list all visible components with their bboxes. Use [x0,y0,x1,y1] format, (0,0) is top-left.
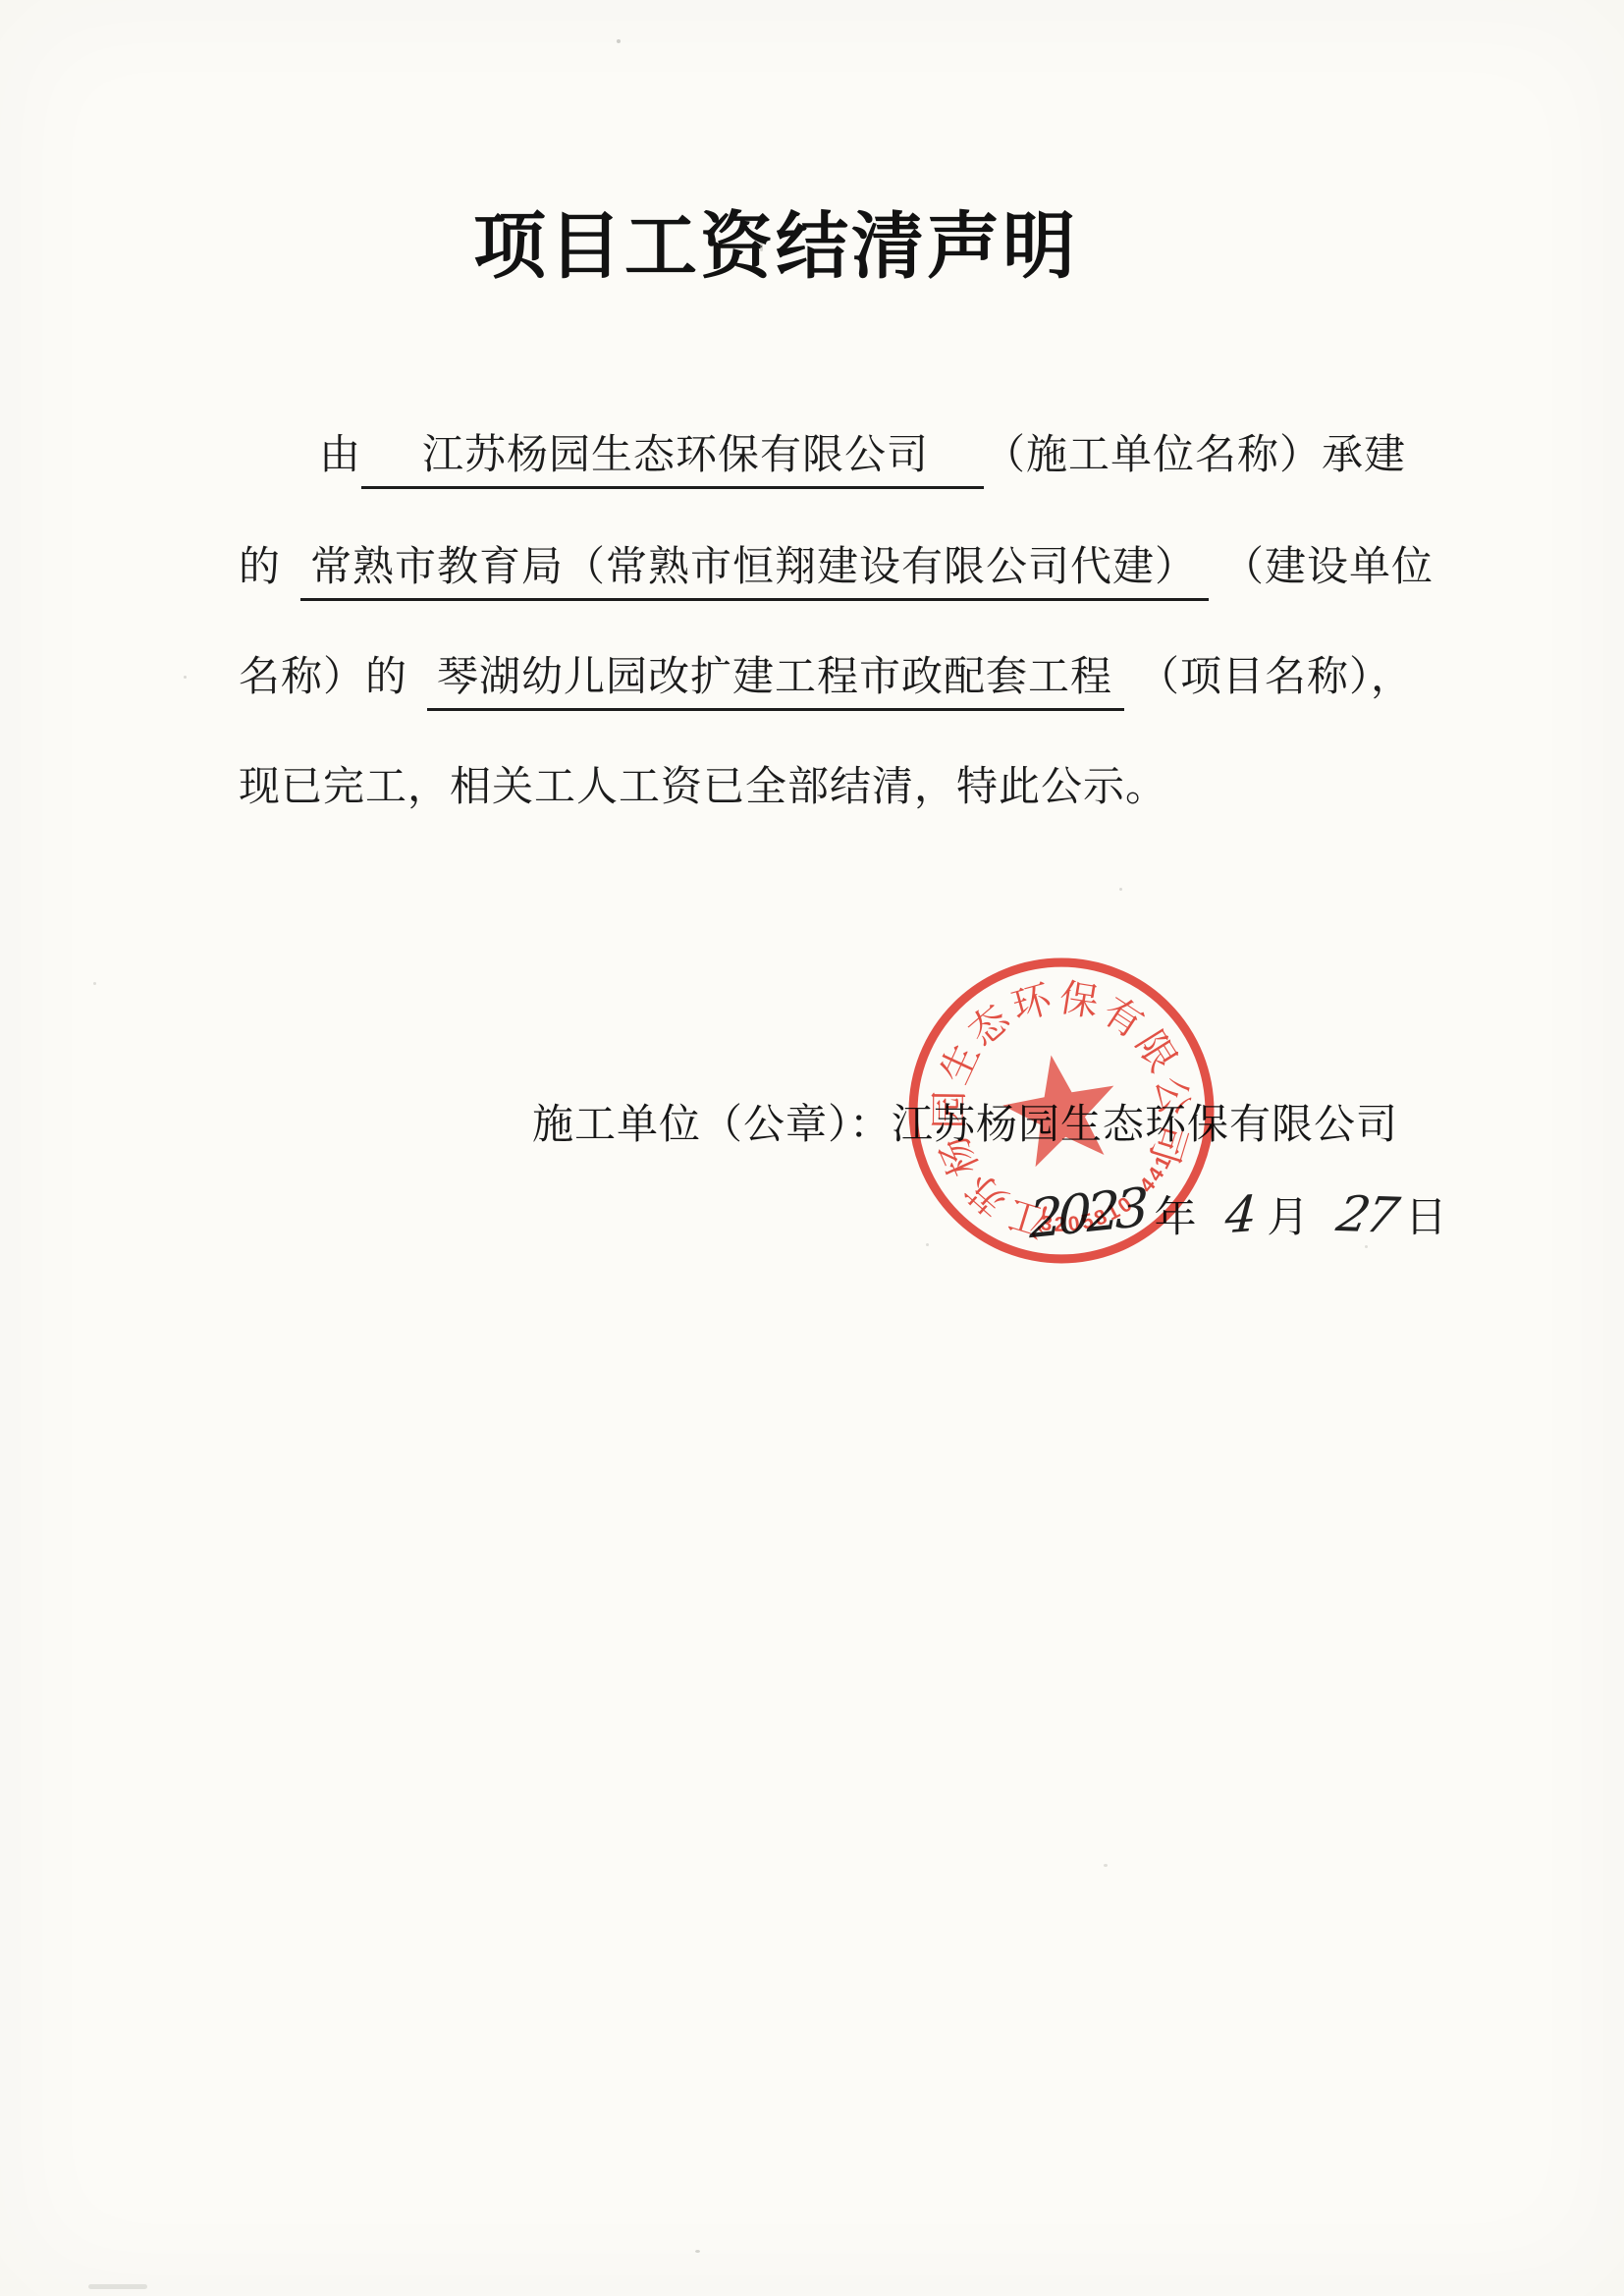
day-unit-label: 日 [1405,1184,1447,1244]
body-paragraph-3: 名称）的琴湖幼儿园改扩建工程市政配套工程（项目名称）， [239,654,1413,711]
paper-speck [760,243,763,251]
paper-speck [88,2284,147,2289]
paper-speck [926,1243,929,1246]
p3-after-text: （项目名称）， [1138,655,1413,700]
star-icon [1002,1056,1113,1168]
p1-after-text: （施工单位名称）承建 [984,433,1406,478]
body-paragraph-2: 的常熟市教育局（常熟市恒翔建设有限公司代建）（建设单位 [239,544,1434,601]
signature-label: 施工单位（公章）： [532,1103,892,1148]
handwritten-day: 27 [1332,1185,1401,1244]
paper-speck [184,676,187,679]
p2-after-text: （建设单位 [1222,545,1434,590]
seal-ring-char: 公 [1148,1074,1195,1119]
handwritten-month: 4 [1223,1185,1259,1245]
paper-speck [1119,888,1122,891]
paper-speck [695,2250,700,2253]
paper-speck [617,39,621,43]
blank-project-name: 琴湖幼儿园改扩建工程市政配套工程 [427,654,1124,711]
p2-lead-text: 的 [239,545,281,590]
body-paragraph-4: 现已完工，相关工人工资已全部结清，特此公示。 [239,764,1167,813]
paper-speck [1365,1245,1368,1248]
seal-ring-char: 环 [1007,978,1057,1029]
document-title: 项目工资结清声明 [0,189,1551,293]
seal-ring-char: 杨 [932,1129,987,1182]
blank-construction-company: 江苏杨园生态环保有限公司 [361,432,984,489]
paper-speck [93,982,96,985]
company-seal-stamp: 江 苏 杨 园 生 态 环 保 有 限 公 司 3205810 4413 [903,953,1219,1269]
seal-ring-char: 保 [1056,977,1101,1025]
seal-ring-char: 园 [929,1090,971,1129]
p1-lead-text: 由 [239,433,361,478]
body-paragraph-1: 由江苏杨园生态环保有限公司（施工单位名称）承建 [239,432,1406,489]
month-unit-label: 月 [1267,1184,1309,1244]
paper-speck [1104,1864,1108,1867]
p3-lead-text: 名称）的 [239,655,407,700]
blank-owner-name: 常熟市教育局（常熟市恒翔建设有限公司代建） [300,544,1209,601]
seal-ring-char: 态 [961,997,1018,1055]
scanned-document-page: 项目工资结清声明 由江苏杨园生态环保有限公司（施工单位名称）承建 的常熟市教育局… [0,0,1624,2296]
